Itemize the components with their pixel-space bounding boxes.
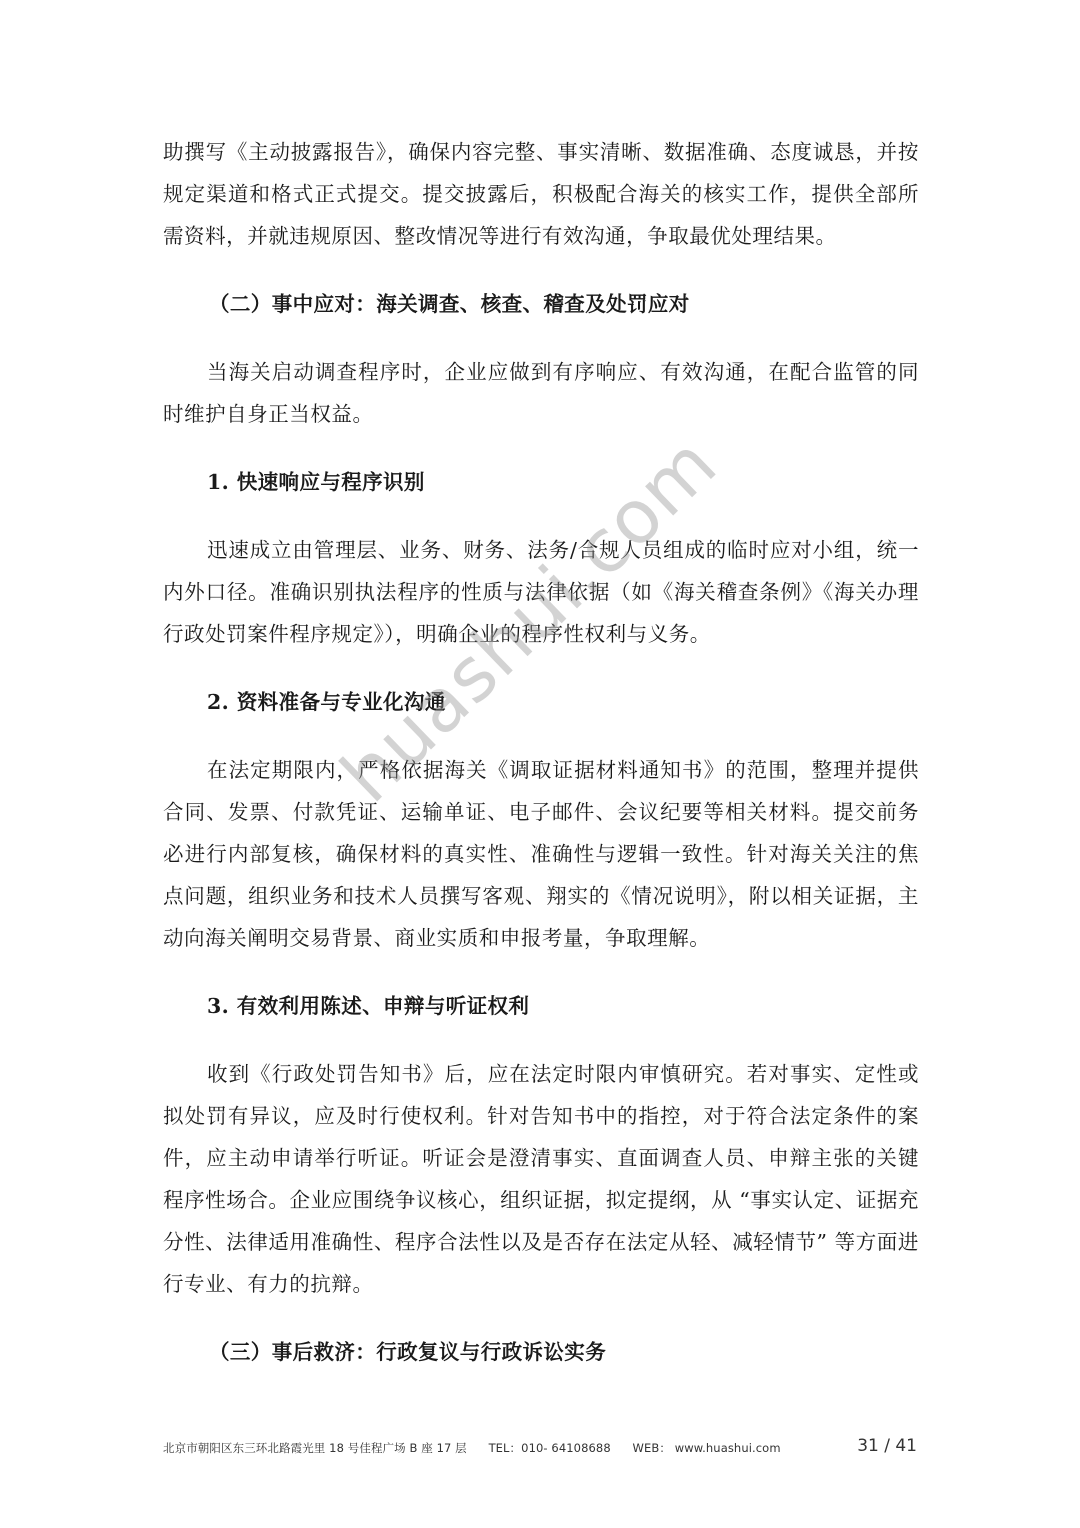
page-content: 助撰写《主动披露报告》，确保内容完整、事实清晰、数据准确、态度诚恳，并按规定渠道… [163,131,919,1373]
spacer [163,257,919,283]
spacer [163,723,919,749]
subheading-quick-response: 1. 快速响应与程序识别 [163,461,919,503]
footer-address: 北京市朝阳区东三环北路霞光里 18 号佳程广场 B 座 17 层 [163,1441,467,1455]
section-heading-post-remedy: （三）事后救济：行政复议与行政诉讼实务 [163,1331,919,1373]
spacer [163,1305,919,1331]
paragraph-investigation-intro: 当海关启动调查程序时，企业应做到有序响应、有效沟通，在配合监管的同时维护自身正当… [163,351,919,435]
spacer [163,435,919,461]
subheading-materials-communication: 2. 资料准备与专业化沟通 [163,681,919,723]
paragraph-materials-communication: 在法定期限内，严格依据海关《调取证据材料通知书》的范围，整理并提供合同、发票、付… [163,749,919,959]
paragraph-disclosure-continued: 助撰写《主动披露报告》，确保内容完整、事实清晰、数据准确、态度诚恳，并按规定渠道… [163,131,919,257]
document-page: 助撰写《主动披露报告》，确保内容完整、事实清晰、数据准确、态度诚恳，并按规定渠道… [0,0,1080,1528]
paragraph-hearing-rights: 收到《行政处罚告知书》后，应在法定时限内审慎研究。若对事实、定性或拟处罚有异议，… [163,1053,919,1305]
spacer [163,503,919,529]
page-number: 31 / 41 [857,1436,917,1456]
subheading-hearing-rights: 3. 有效利用陈述、申辩与听证权利 [163,985,919,1027]
spacer [163,655,919,681]
footer-contact-info: 北京市朝阳区东三环北路霞光里 18 号佳程广场 B 座 17 层 TEL：010… [163,1440,799,1456]
paragraph-quick-response: 迅速成立由管理层、业务、财务、法务/合规人员组成的临时应对小组，统一内外口径。准… [163,529,919,655]
spacer [163,959,919,985]
footer-web: WEB： www.huashui.com [633,1441,781,1455]
section-heading-during-response: （二）事中应对：海关调查、核查、稽查及处罚应对 [163,283,919,325]
footer-tel: TEL：010- 64108688 [489,1441,611,1455]
spacer [163,325,919,351]
page-footer: 北京市朝阳区东三环北路霞光里 18 号佳程广场 B 座 17 层 TEL：010… [163,1436,919,1460]
spacer [163,1027,919,1053]
